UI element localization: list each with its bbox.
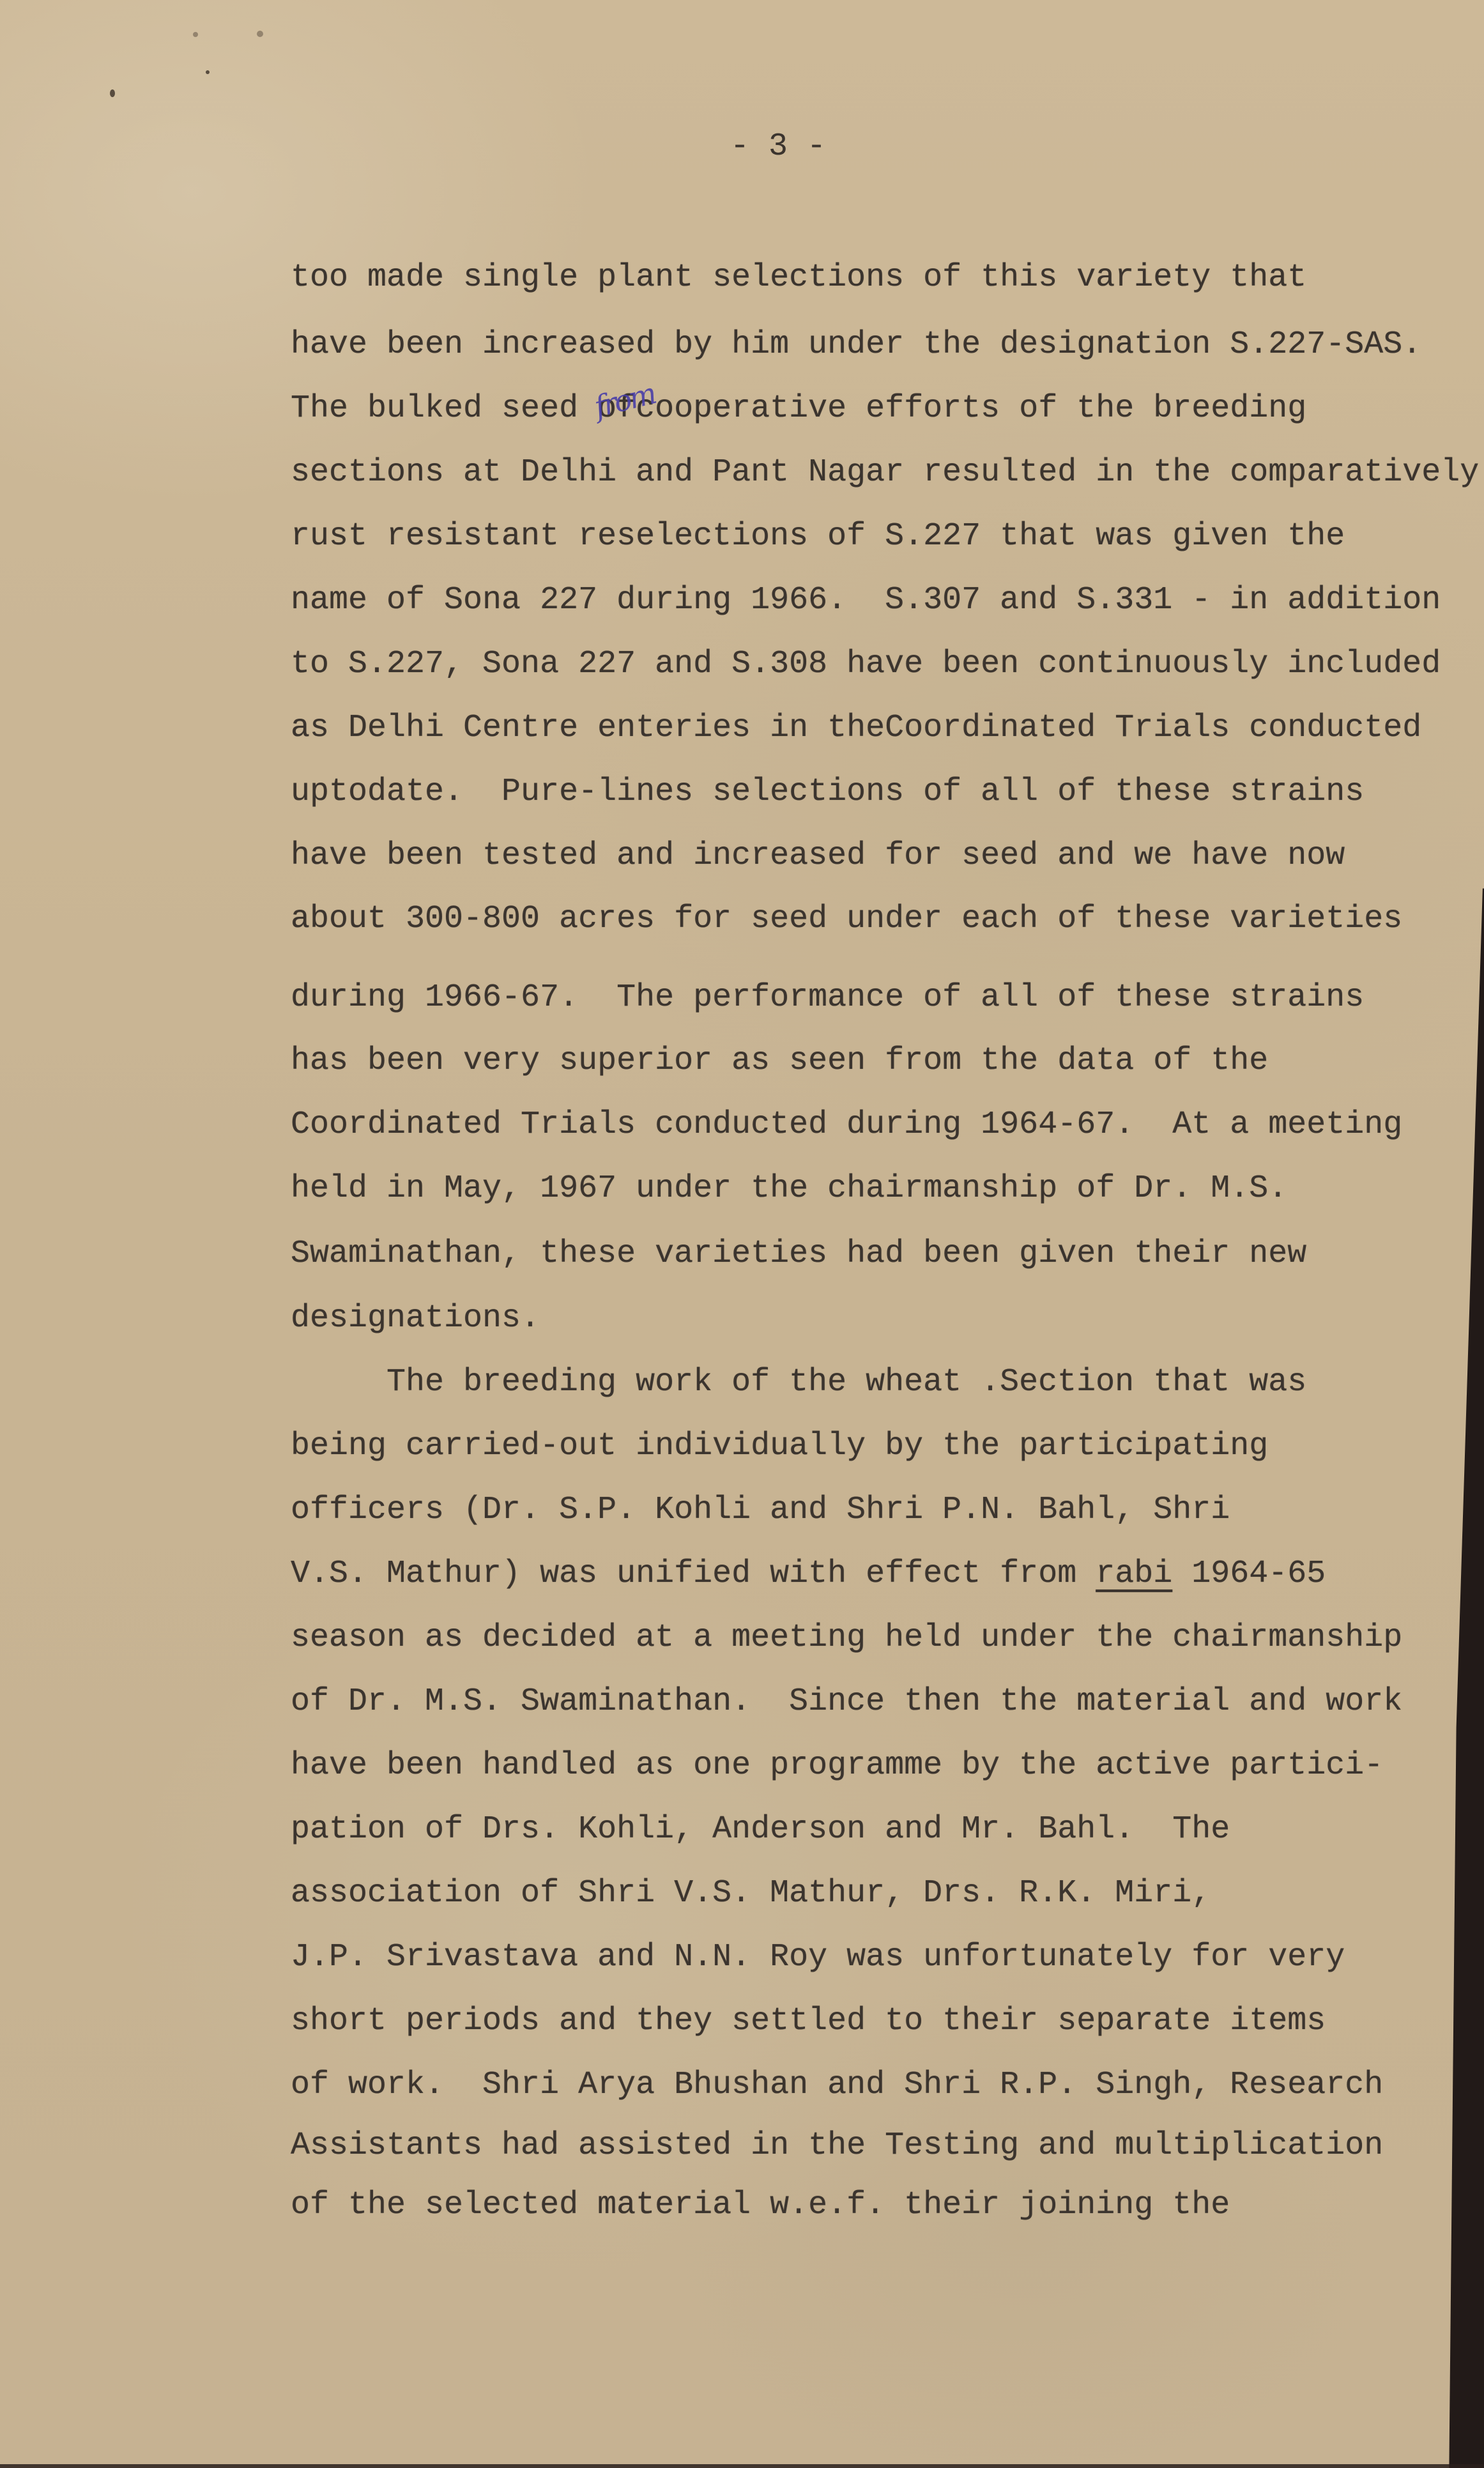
page-number: - 3 -	[0, 131, 1484, 163]
paper-speck	[206, 70, 210, 74]
text-line: Swaminathan, these varieties had been gi…	[291, 1238, 1306, 1270]
text-line: have been tested and increased for seed …	[291, 840, 1345, 872]
text-line: have been handled as one programme by th…	[291, 1750, 1383, 1782]
text-line: pation of Drs. Kohli, Anderson and Mr. B…	[291, 1814, 1230, 1846]
text-line: officers (Dr. S.P. Kohli and Shri P.N. B…	[291, 1494, 1230, 1526]
text-line: as Delhi Centre enteries in theCoordinat…	[291, 712, 1421, 744]
text-line: association of Shri V.S. Mathur, Drs. R.…	[291, 1878, 1211, 1910]
text-line: held in May, 1967 under the chairmanship…	[291, 1173, 1287, 1205]
text-line: name of Sona 227 during 1966. S.307 and …	[291, 585, 1441, 617]
text-line: Assistants had assisted in the Testing a…	[291, 2130, 1383, 2162]
text-line: rust resistant reselections of S.227 tha…	[291, 521, 1345, 553]
paper-speck	[193, 32, 198, 37]
text-line: have been increased by him under the des…	[291, 329, 1421, 361]
underlined-word: rabi	[1096, 1556, 1172, 1592]
paper-speck	[257, 31, 263, 37]
text-line: season as decided at a meeting held unde…	[291, 1622, 1402, 1654]
text-line: short periods and they settled to their …	[291, 2005, 1326, 2037]
text-line: about 300-800 acres for seed under each …	[291, 903, 1402, 935]
text-segment: V.S. Mathur) was unified with effect fro…	[291, 1556, 1096, 1592]
text-line: of work. Shri Arya Bhushan and Shri R.P.…	[291, 2069, 1383, 2101]
text-segment: The bulked seed	[291, 390, 597, 427]
text-segment: cooperative efforts of the breeding	[636, 390, 1306, 427]
text-line-indented: The breeding work of the wheat .Section …	[386, 1367, 1306, 1399]
text-line-with-correction: The bulked seed ofcooperative efforts of…	[291, 393, 1306, 425]
text-line: has been very superior as seen from the …	[291, 1045, 1268, 1077]
scan-bottom-edge	[0, 2464, 1484, 2468]
text-line: J.P. Srivastava and N.N. Roy was unfortu…	[291, 1942, 1345, 1974]
text-line: being carried-out individually by the pa…	[291, 1430, 1268, 1462]
text-segment: 1964-65	[1172, 1556, 1326, 1592]
text-line-with-underline: V.S. Mathur) was unified with effect fro…	[291, 1558, 1326, 1590]
text-line: uptodate. Pure-lines selections of all o…	[291, 776, 1364, 808]
text-line: of the selected material w.e.f. their jo…	[291, 2189, 1230, 2221]
text-line: of Dr. M.S. Swaminathan. Since then the …	[291, 1686, 1402, 1718]
text-line: designations.	[291, 1303, 540, 1335]
text-line: sections at Delhi and Pant Nagar resulte…	[291, 457, 1479, 489]
text-line: Coordinated Trials conducted during 1964…	[291, 1109, 1402, 1141]
text-line: to S.227, Sona 227 and S.308 have been c…	[291, 648, 1441, 680]
text-line: too made single plant selections of this…	[291, 262, 1306, 294]
text-line: during 1966-67. The performance of all o…	[291, 982, 1364, 1014]
paper-speck	[110, 89, 115, 97]
